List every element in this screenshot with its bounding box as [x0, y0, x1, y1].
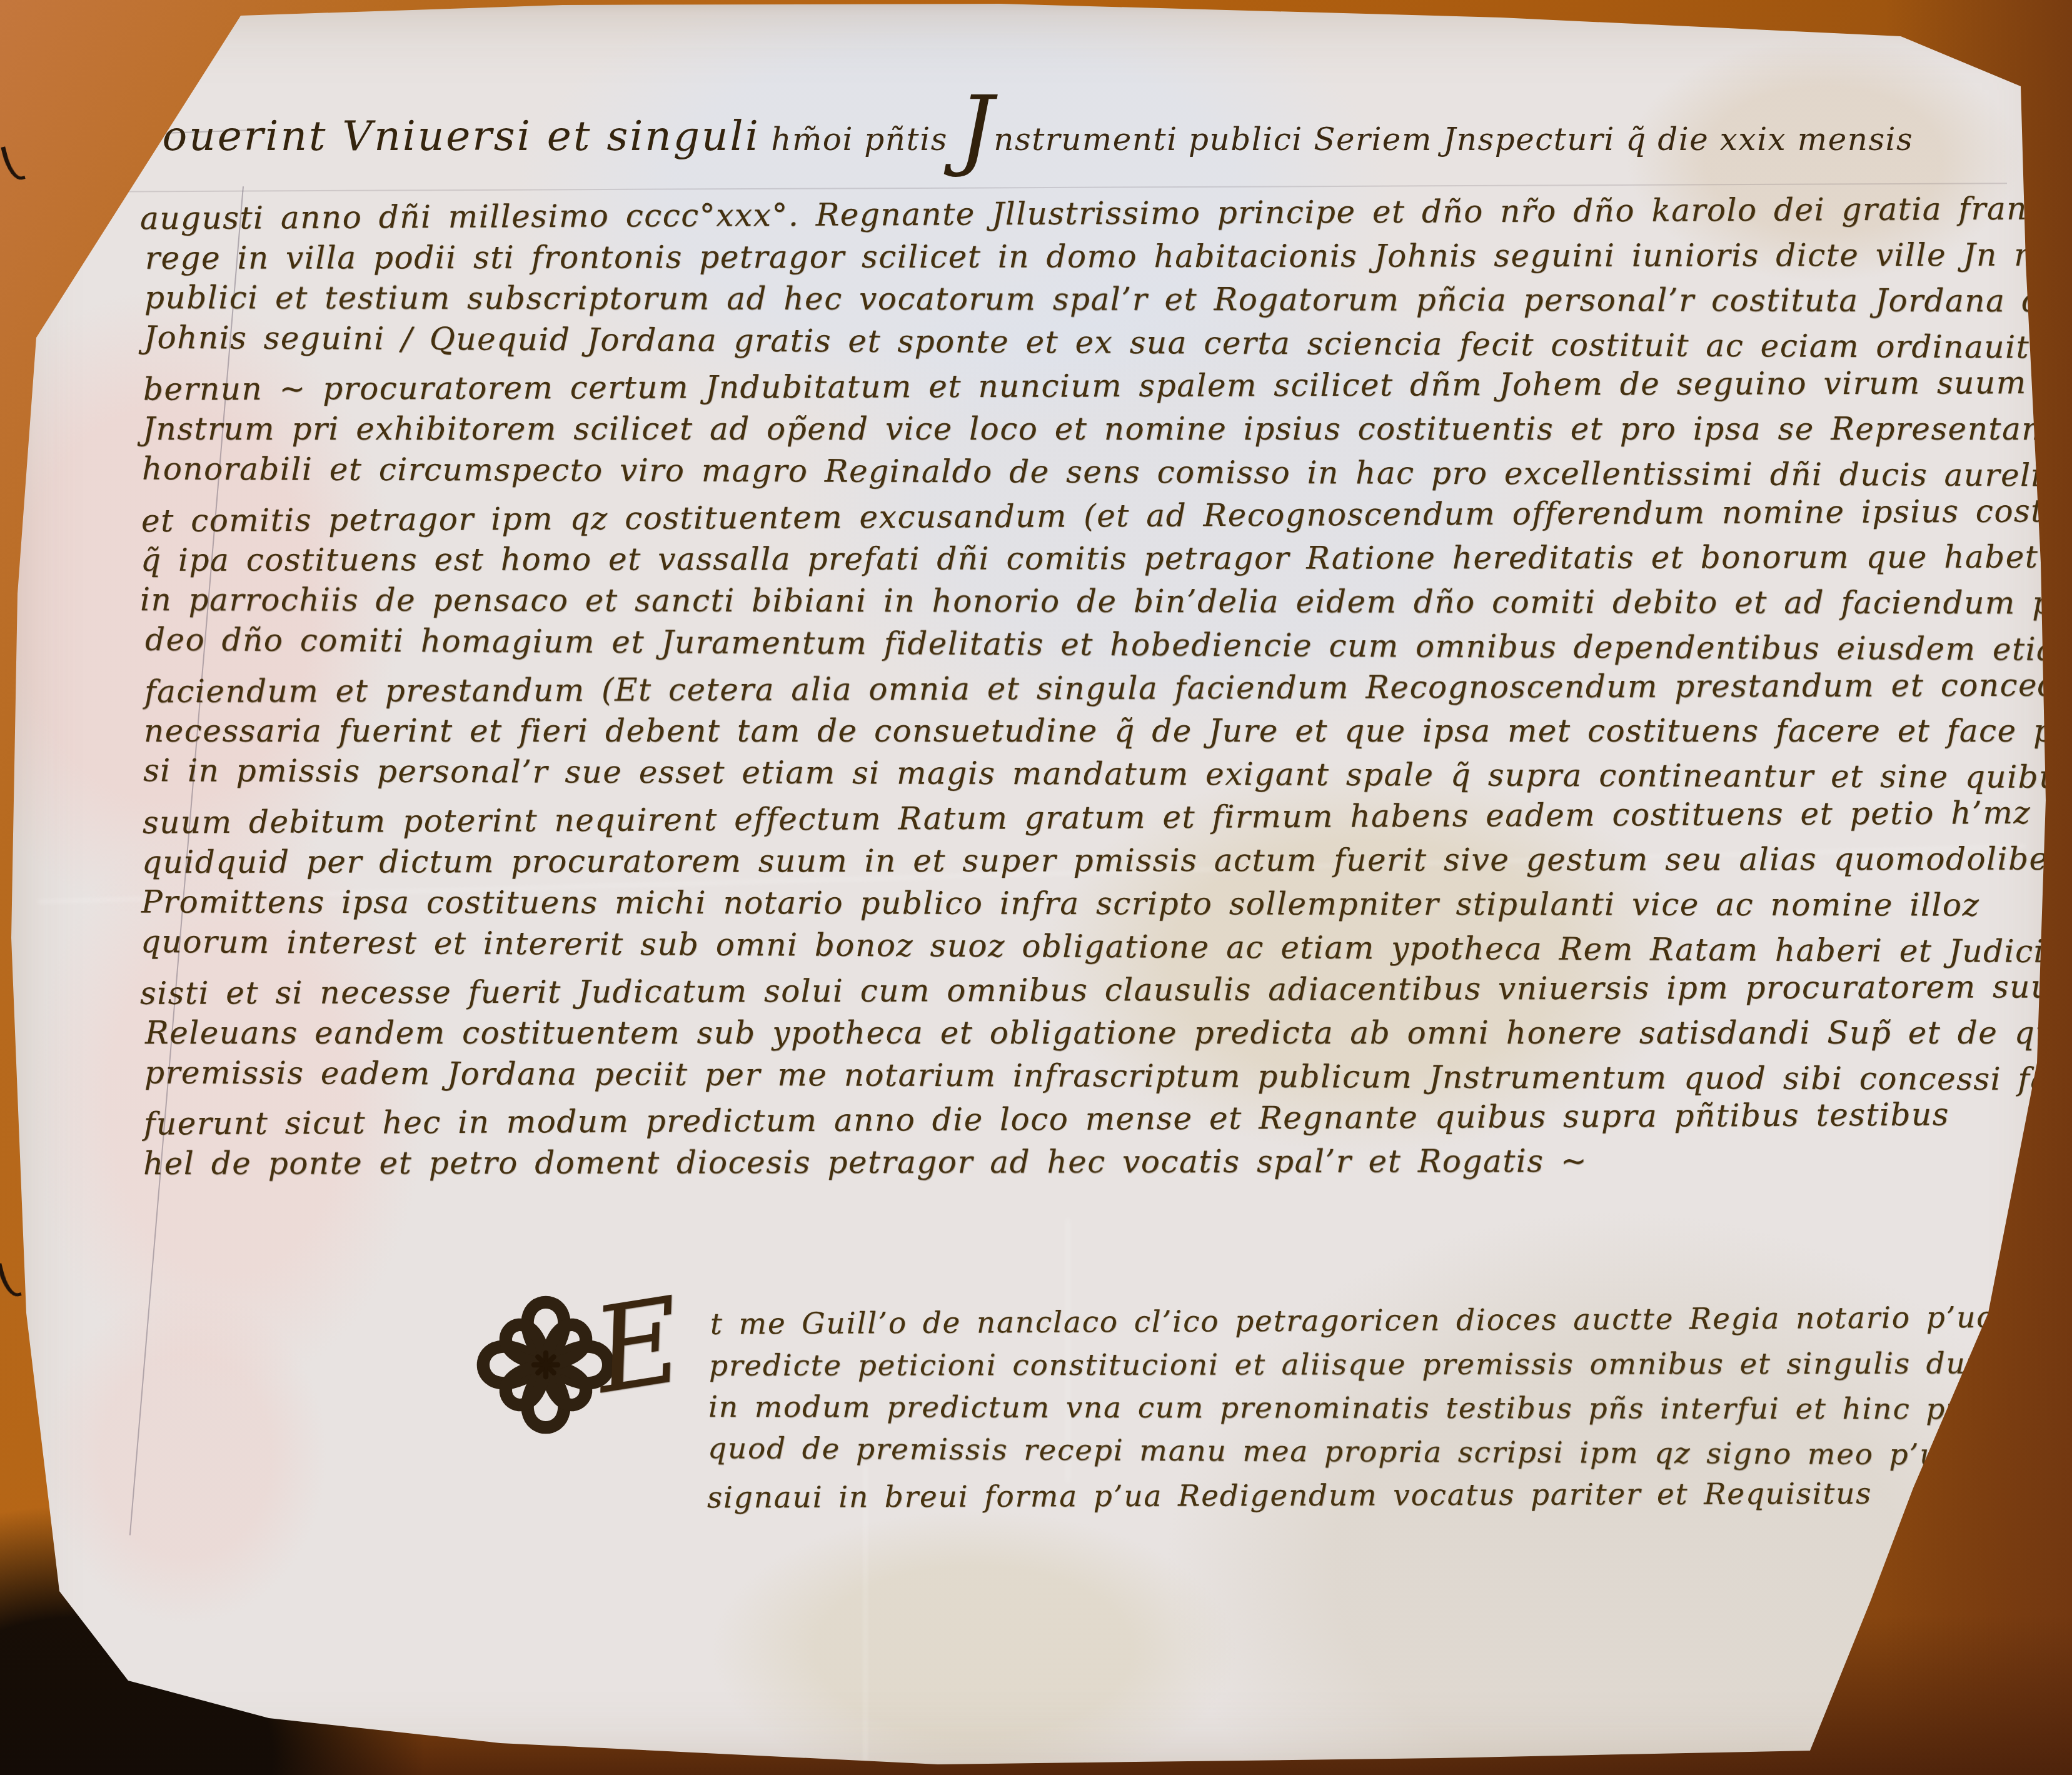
manuscript-line: si in pmissis personal’r sue esset etiam… — [143, 752, 2072, 796]
manuscript-line: bernun ~ procuratorem certum Jndubitatum… — [143, 364, 2072, 407]
manuscript-line: in parrochiis de pensaco et sancti bibia… — [140, 581, 2072, 621]
manuscript-line: augusti anno dñi millesimo cccc°xxx°. Re… — [140, 190, 2072, 237]
manuscript-line: quidquid per dictum procuratorem suum in… — [142, 840, 2072, 880]
manuscript-line: faciendum et prestandum (Et cetera alia … — [144, 666, 2072, 710]
manuscript-line: publici et testium subscriptorum ad hec … — [144, 279, 2072, 319]
manuscript-line: sisti et si necesse fuerit Judicatum sol… — [140, 968, 2072, 1012]
subscription-line: in modum predictum vna cum prenominatis … — [708, 1390, 2072, 1427]
manuscript-line: Promittens ipsa costituens michi notario… — [141, 883, 1979, 923]
manuscript-line: q̃ ipa costituens est homo et vassalla p… — [141, 538, 2072, 578]
manuscript-line: deo dño comiti homagium et Juramentum fi… — [145, 621, 2072, 668]
parchment-document: Nouerint Vniuersi et singuli hm̃oi pñtis… — [0, 0, 2072, 1775]
manuscript-line: Johnis seguini / Quequid Jordana gratis … — [144, 319, 2072, 366]
manuscript-line: necessaria fuerint et fieri debent tam d… — [144, 713, 2072, 749]
photographed-charter-scene: Nouerint Vniuersi et singuli hm̃oi pñtis… — [0, 0, 2072, 1775]
subscription-line: t me Guill’o de nanclaco cl’ico petragor… — [704, 1300, 2061, 1341]
knot-center-cross — [534, 1353, 558, 1377]
subscription-line: predicte peticioni constitucioni et alii… — [709, 1346, 2072, 1383]
manuscript-line: Releuans eandem costituentem sub ypothec… — [145, 1015, 2072, 1051]
subscription-line: signaui in breui forma p’ua Redigendum v… — [707, 1477, 1872, 1516]
illuminated-initial-N: N — [94, 0, 163, 163]
manuscript-line: et comitis petragor ipm qz costituentem … — [141, 491, 2072, 539]
subscription-line: quod de premissis recepi manu mea propri… — [708, 1431, 2072, 1473]
charter-body-text: augusti anno dñi millesimo cccc°xxx°. Re… — [143, 0, 1956, 1250]
sewing-thread-lower — [0, 1260, 22, 1300]
manuscript-line: hel de ponte et petro doment diocesis pe… — [143, 1143, 1587, 1182]
manuscript-line: Jnstrum pri exhibitorem scilicet ad op̃e… — [143, 411, 2072, 447]
manuscript-line: fuerunt sicut hec in modum predictum ann… — [144, 1096, 1949, 1142]
manuscript-line: quorum interest et intererit sub omni bo… — [141, 923, 2064, 970]
manuscript-line: honorabili et circumspecto viro magro Re… — [142, 451, 2072, 494]
manuscript-line: rege in villa podii sti frontonis petrag… — [145, 236, 2072, 276]
sewing-thread-upper — [1, 144, 25, 183]
manuscript-line: suum debitum poterint nequirent effectum… — [143, 793, 2072, 840]
manuscript-line: premissis eadem Jordana peciit per me no… — [144, 1055, 2072, 1098]
